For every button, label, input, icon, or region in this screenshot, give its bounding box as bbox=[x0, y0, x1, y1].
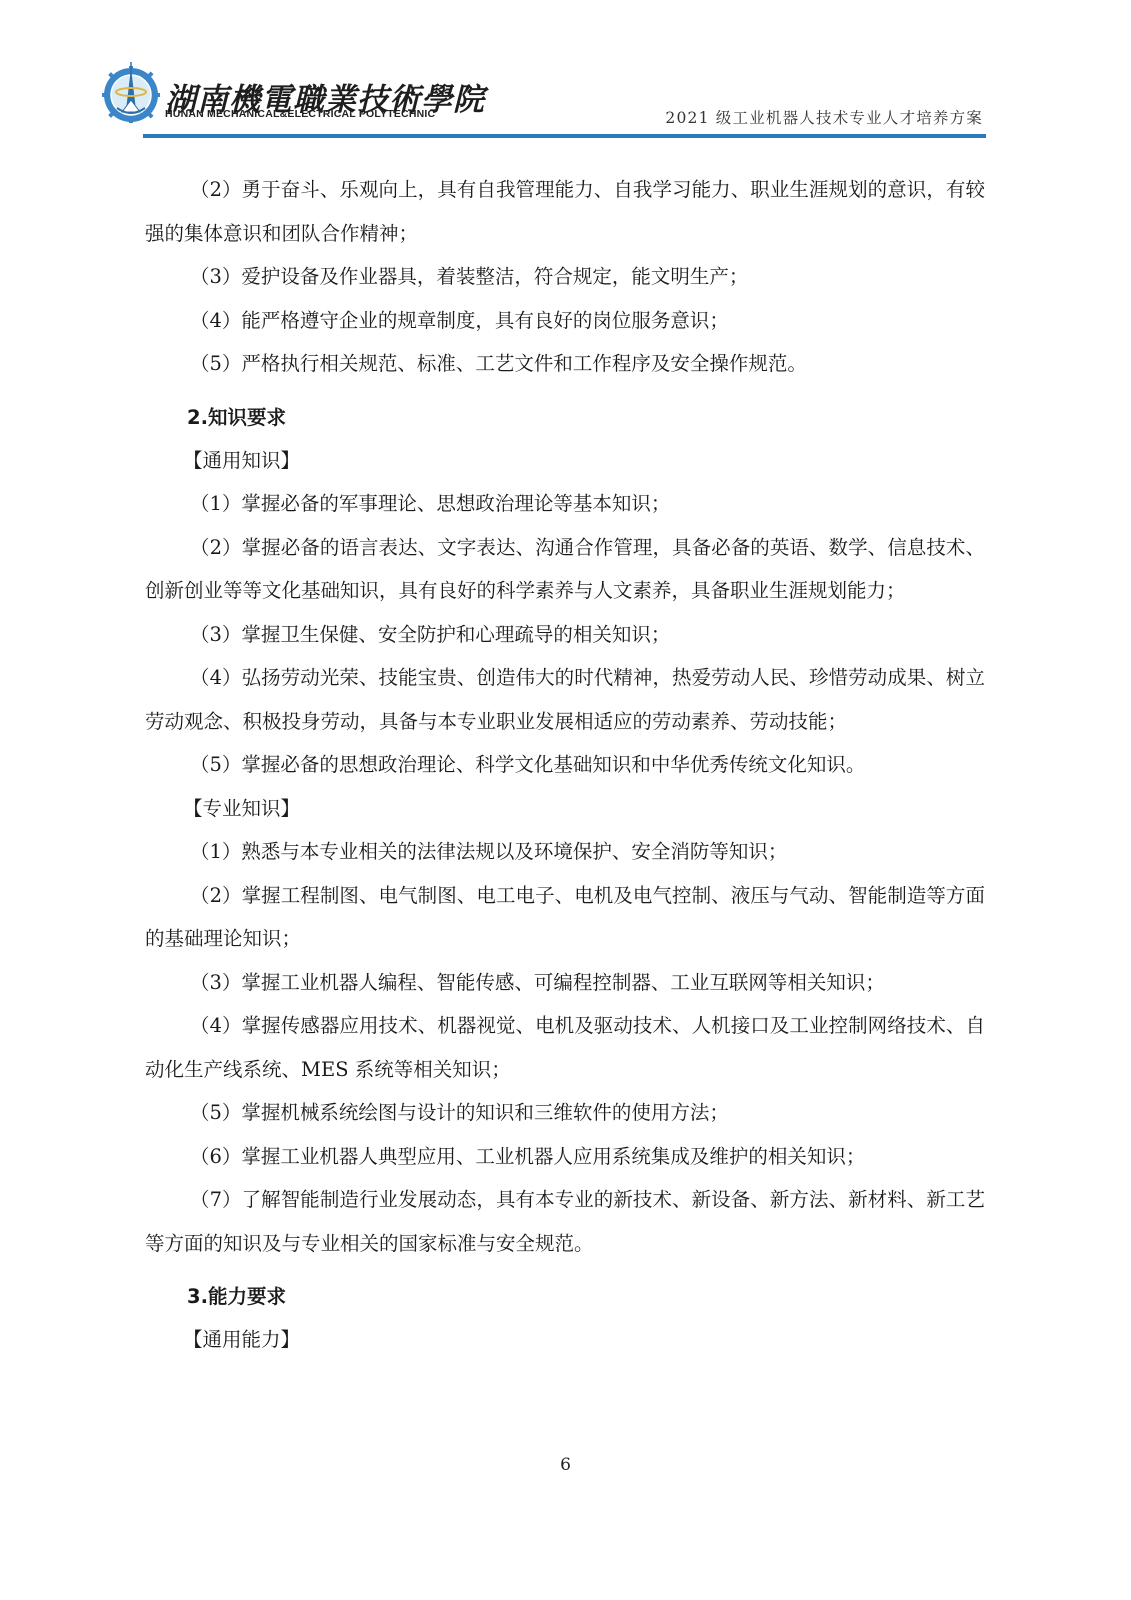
professional-knowledge-item-2: （2）掌握工程制图、电气制图、电工电子、电机及电气控制、液压与气动、智能制造等方… bbox=[145, 874, 985, 961]
document-title: 2021 级工业机器人技术专业人才培养方案 bbox=[665, 106, 983, 128]
professional-knowledge-item-5: （5）掌握机械系统绘图与设计的知识和三维软件的使用方法； bbox=[145, 1091, 985, 1135]
quality-item-5: （5）严格执行相关规范、标准、工艺文件和工作程序及安全操作规范。 bbox=[145, 342, 985, 386]
spacer bbox=[145, 1265, 985, 1271]
professional-knowledge-item-1: （1）熟悉与本专业相关的法律法规以及环境保护、安全消防等知识； bbox=[145, 830, 985, 874]
quality-item-2: （2）勇于奋斗、乐观向上，具有自我管理能力、自我学习能力、职业生涯规划的意识，有… bbox=[145, 168, 985, 255]
professional-knowledge-item-4: （4）掌握传感器应用技术、机器视觉、电机及驱动技术、人机接口及工业控制网络技术、… bbox=[145, 1004, 985, 1091]
page-header: 湖南機電職業技術學院 HUNAN MECHANICAL&ELECTRICAL P… bbox=[0, 0, 1131, 140]
quality-item-3: （3）爱护设备及作业器具，着装整洁，符合规定，能文明生产； bbox=[145, 255, 985, 299]
general-knowledge-item-4: （4）弘扬劳动光荣、技能宝贵、创造伟大的时代精神，热爱劳动人民、珍惜劳动成果、树… bbox=[145, 656, 985, 743]
professional-knowledge-item-6: （6）掌握工业机器人典型应用、工业机器人应用系统集成及维护的相关知识； bbox=[145, 1135, 985, 1179]
general-knowledge-item-5: （5）掌握必备的思想政治理论、科学文化基础知识和中华优秀传统文化知识。 bbox=[145, 743, 985, 787]
school-name-english: HUNAN MECHANICAL&ELECTRICAL POLYTECHNIC bbox=[165, 108, 435, 120]
section-heading-ability: 3.能力要求 bbox=[145, 1275, 985, 1318]
subsection-label-general-ability: 【通用能力】 bbox=[145, 1318, 985, 1362]
document-body: （2）勇于奋斗、乐观向上，具有自我管理能力、自我学习能力、职业生涯规划的意识，有… bbox=[145, 168, 985, 1362]
general-knowledge-item-3: （3）掌握卫生保健、安全防护和心理疏导的相关知识； bbox=[145, 613, 985, 657]
quality-item-4: （4）能严格遵守企业的规章制度，具有良好的岗位服务意识； bbox=[145, 299, 985, 343]
subsection-label-professional-knowledge: 【专业知识】 bbox=[145, 787, 985, 831]
header-divider bbox=[143, 134, 986, 138]
general-knowledge-item-2: （2）掌握必备的语言表达、文字表达、沟通合作管理，具备必备的英语、数学、信息技术… bbox=[145, 526, 985, 613]
professional-knowledge-item-3: （3）掌握工业机器人编程、智能传感、可编程控制器、工业互联网等相关知识； bbox=[145, 961, 985, 1005]
professional-knowledge-item-7: （7）了解智能制造行业发展动态，具有本专业的新技术、新设备、新方法、新材料、新工… bbox=[145, 1178, 985, 1265]
section-heading-knowledge: 2.知识要求 bbox=[145, 396, 985, 439]
page-number: 6 bbox=[0, 1455, 1131, 1475]
general-knowledge-item-1: （1）掌握必备的军事理论、思想政治理论等基本知识； bbox=[145, 482, 985, 526]
spacer bbox=[145, 386, 985, 392]
subsection-label-general-knowledge: 【通用知识】 bbox=[145, 439, 985, 483]
school-emblem-icon bbox=[100, 62, 162, 124]
